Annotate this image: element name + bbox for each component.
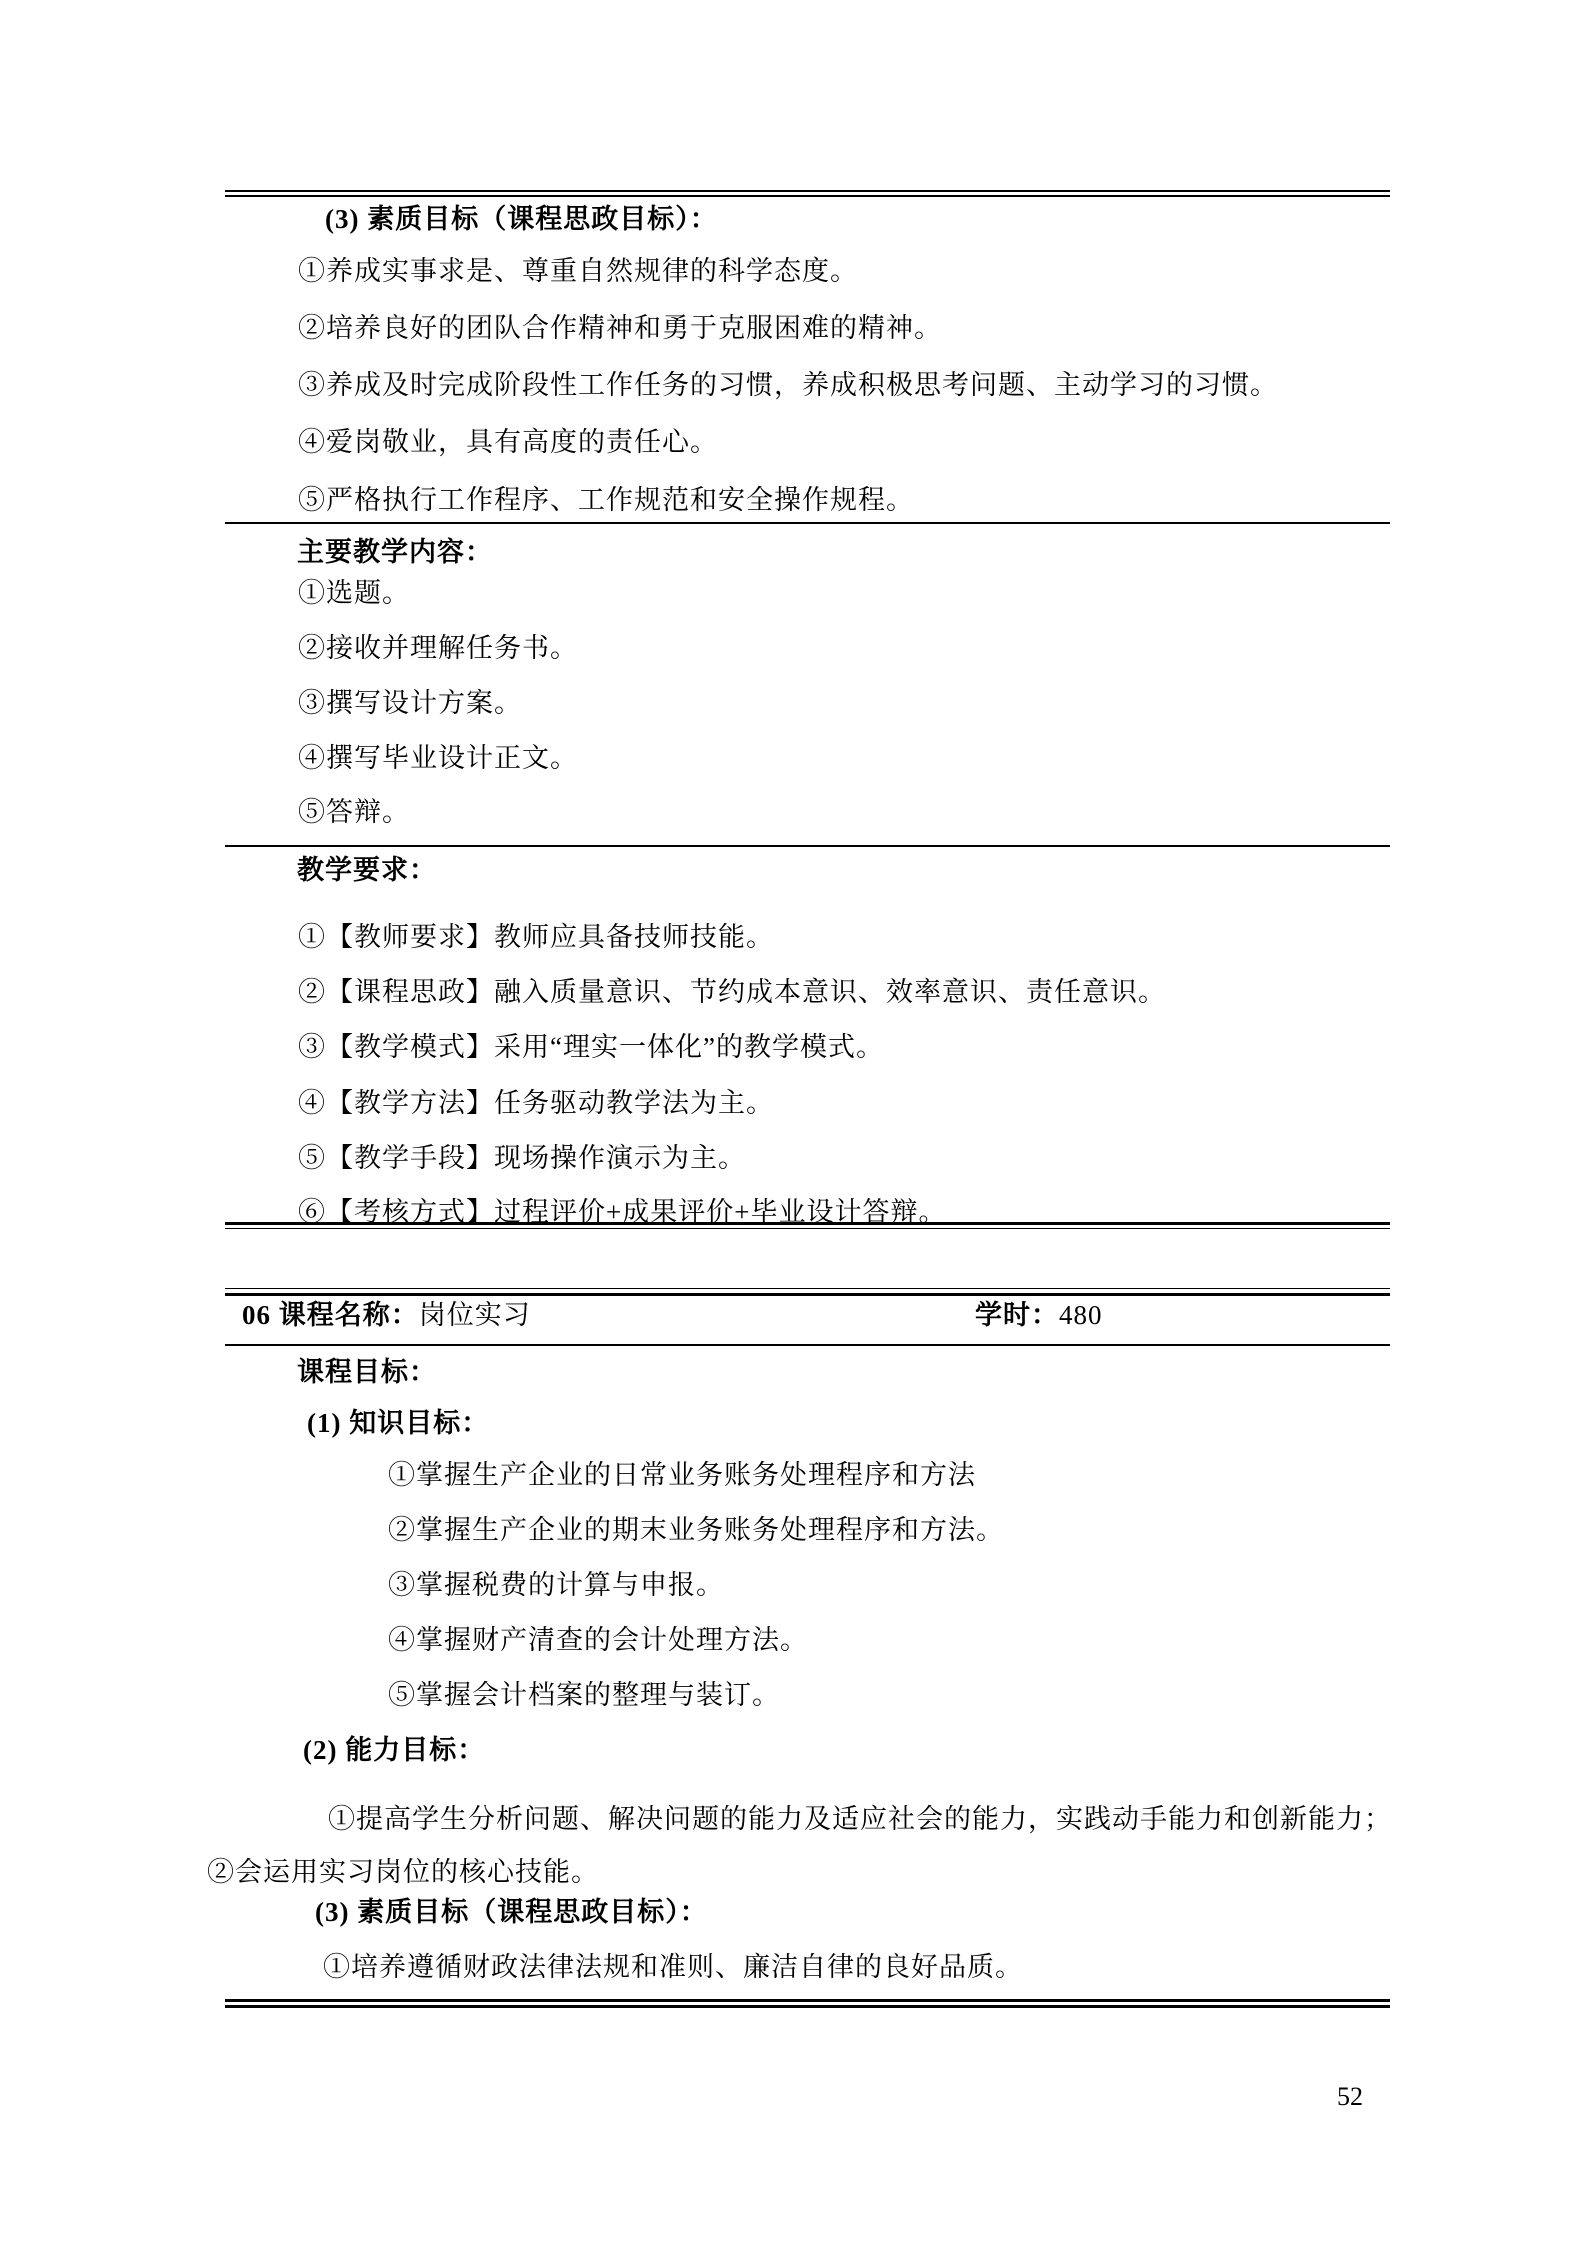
course-objectives-heading: 课程目标： [297,1357,437,1388]
teaching-requirement-item: ①【教师要求】教师应具备技师技能。 [298,922,774,953]
ability-objective-line1: ①提高学生分析问题、解决问题的能力及适应社会的能力，实践动手能力和创新能力； [328,1804,1392,1835]
quality-objectives2-heading: (3) 素质目标（课程思政目标）： [315,1897,708,1928]
ability-objectives-heading: (2) 能力目标： [303,1735,485,1766]
knowledge-objective-item: ③掌握税费的计算与申报。 [388,1570,724,1601]
table2-bottom-border-rule [225,1999,1390,2008]
table2-header-divider-rule [225,1344,1390,1346]
teaching-requirement-item: ④【教学方法】任务驱动教学法为主。 [298,1088,774,1119]
teaching-content-item: ②接收并理解任务书。 [298,633,578,664]
course-title-row: 06 课程名称：岗位实习 [242,1300,531,1331]
teaching-content-item: ④撰写毕业设计正文。 [298,743,578,774]
quality-objective-item: ④爱岗敬业，具有高度的责任心。 [298,427,718,458]
table1-row-divider-rule-2 [225,845,1390,847]
quality-objective2-item: ①培养遵循财政法律法规和准则、廉洁自律的良好品质。 [323,1952,1023,1983]
table2-top-border-rule [225,1288,1390,1296]
knowledge-objectives-heading: (1) 知识目标： [307,1408,489,1439]
quality-objective-item: ⑤严格执行工作程序、工作规范和安全操作规程。 [298,485,914,516]
quality-objectives-heading: (3) 素质目标（课程思政目标）： [325,204,718,235]
course-hours: 学时：480 [975,1300,1103,1331]
document-page: (3) 素质目标（课程思政目标）： ①养成实事求是、尊重自然规律的科学态度。 ②… [0,0,1587,2245]
teaching-content-heading: 主要教学内容： [297,537,493,568]
page-number: 52 [1337,2082,1363,2112]
knowledge-objective-item: ②掌握生产企业的期末业务账务处理程序和方法。 [388,1515,1004,1546]
table1-row-divider-rule-1 [225,522,1390,524]
knowledge-objective-item: ⑤掌握会计档案的整理与装订。 [388,1680,780,1711]
knowledge-objective-item: ①掌握生产企业的日常业务账务处理程序和方法 [388,1460,976,1491]
teaching-requirement-item: ③【教学模式】采用“理实一体化”的教学模式。 [298,1032,884,1063]
teaching-requirements-heading: 教学要求： [297,855,437,886]
course-hours-label: 学时： [975,1300,1059,1330]
quality-objective-item: ③养成及时完成阶段性工作任务的习惯，养成积极思考问题、主动学习的习惯。 [298,370,1278,401]
quality-objective-item: ①养成实事求是、尊重自然规律的科学态度。 [298,256,858,287]
teaching-content-item: ③撰写设计方案。 [298,688,522,719]
teaching-content-item: ①选题。 [298,578,410,609]
ability-objective-line2: ②会运用实习岗位的核心技能。 [207,1857,599,1888]
teaching-requirement-item: ⑥【考核方式】过程评价+成果评价+毕业设计答辩。 [298,1197,946,1228]
course-hours-value: 480 [1059,1300,1103,1330]
teaching-requirement-item: ⑤【教学手段】现场操作演示为主。 [298,1143,746,1174]
knowledge-objective-item: ④掌握财产清查的会计处理方法。 [388,1625,808,1656]
teaching-requirement-item: ②【课程思政】融入质量意识、节约成本意识、效率意识、责任意识。 [298,977,1166,1008]
quality-objective-item: ②培养良好的团队合作精神和勇于克服困难的精神。 [298,313,942,344]
course-number-label: 06 课程名称： [242,1300,419,1330]
teaching-content-item: ⑤答辩。 [298,797,410,828]
table1-top-border-rule [225,190,1390,197]
course-name-value: 岗位实习 [419,1300,531,1330]
